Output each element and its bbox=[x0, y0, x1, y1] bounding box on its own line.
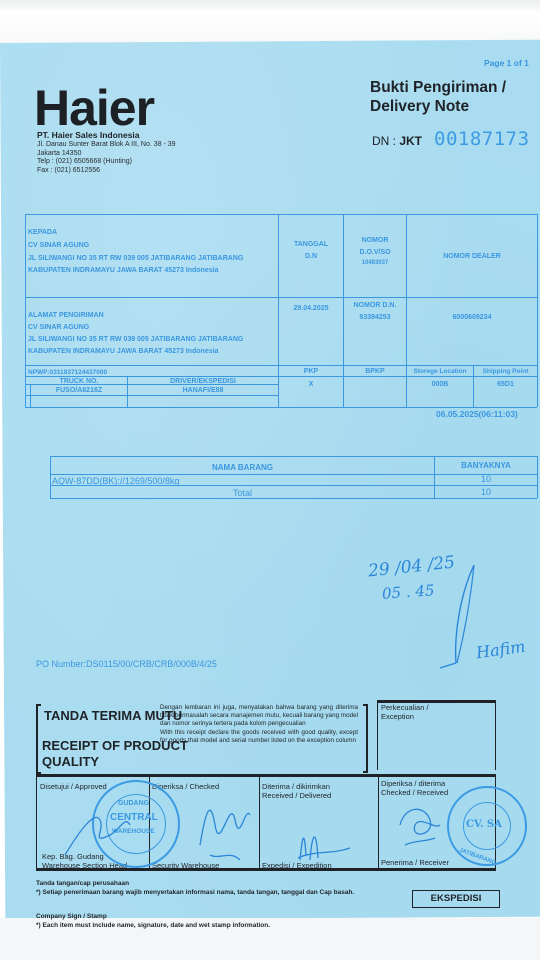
quality-body-id: Dengan lembaran ini juga, menyatakan bah… bbox=[160, 704, 358, 728]
goods-col-name: NAMA BARANG bbox=[51, 463, 434, 472]
pkp-value: X bbox=[279, 380, 343, 389]
driver-label: DRIVER/EKSPEDISI bbox=[128, 377, 278, 386]
address-line: Fax : (021) 6512556 bbox=[37, 167, 176, 176]
exception-label-1: Perkecualian / bbox=[381, 703, 429, 712]
table-border bbox=[50, 498, 537, 499]
title-line-2: Delivery Note bbox=[370, 97, 506, 116]
npwp: NPWP:0311837124437000 bbox=[28, 368, 107, 377]
alamat-address-2: KABUPATEN INDRAMAYU JAWA BARAT 45273 Ind… bbox=[28, 347, 218, 356]
table-border bbox=[25, 365, 537, 366]
exception-label: Perkecualian / Exception bbox=[381, 703, 429, 721]
table-border bbox=[50, 456, 537, 457]
nomor-do-label: D.O.V/SO bbox=[344, 248, 406, 257]
address-line: Jakarta 14350 bbox=[37, 150, 176, 159]
alamat-label: ALAMAT PENGIRIMAN bbox=[28, 311, 104, 320]
nomor-dealer-label: NOMOR DEALER bbox=[407, 252, 537, 261]
receiver-signature bbox=[395, 800, 445, 850]
table-border bbox=[25, 297, 537, 298]
left-bracket bbox=[36, 704, 41, 774]
title-line-1: Bukti Pengiriman / bbox=[370, 78, 506, 97]
po-number: PO Number:DS0115/00/CRB/CRB/000B/4/25 bbox=[36, 659, 217, 669]
shipping-point-label: Shipping Point bbox=[474, 367, 537, 376]
dn-label-text: DN : bbox=[372, 134, 399, 148]
scan-top-margin bbox=[0, 0, 540, 44]
nomor-dealer-value: 6000609234 bbox=[407, 313, 537, 322]
alamat-name: CV SINAR AGUNG bbox=[28, 323, 89, 332]
table-border bbox=[25, 214, 26, 407]
goods-col-qty: BANYAKNYA bbox=[435, 461, 537, 470]
goods-item-name: AQW-87DD(BK)://1269/500/8kg bbox=[52, 476, 179, 486]
print-timestamp: 06.05.2025(06:11:03) bbox=[436, 409, 518, 419]
storage-location-value: 000B bbox=[407, 380, 473, 389]
shipping-point-value: 65D1 bbox=[474, 380, 537, 389]
signature-divider bbox=[36, 777, 37, 868]
dn-number: 00187173 bbox=[434, 128, 530, 150]
tanggal-label-dn: D.N bbox=[279, 252, 343, 261]
copy-label-ekspedisi: EKSPEDISI bbox=[412, 890, 500, 908]
signature-top-label-2: Received / Delivered bbox=[262, 791, 331, 800]
handwritten-time: 05 . 45 bbox=[381, 581, 435, 603]
address-line: Jl. Danau Sunter Barat Blok A III, No. 3… bbox=[37, 141, 176, 150]
table-border bbox=[537, 214, 538, 407]
storage-location-label: Storege Location bbox=[407, 367, 473, 376]
kepada-address-1: JL SILIWANGI NO 35 RT RW 039 005 JATIBAR… bbox=[28, 254, 243, 263]
table-border bbox=[25, 214, 537, 215]
table-border bbox=[25, 407, 537, 408]
quality-body-en: With this receipt declare the goods rece… bbox=[160, 729, 358, 745]
signature-top-label: Diterima / dikirimkan bbox=[262, 782, 330, 791]
footer-id-heading: Tanda tangan/cap perusahaan bbox=[36, 880, 129, 888]
pkp-label: PKP bbox=[279, 367, 343, 376]
tanggal-value: 29.04.2025 bbox=[279, 304, 343, 313]
nomor-do-value: 10493037 bbox=[344, 259, 406, 268]
kepada-address-2: KABUPATEN INDRAMAYU JAWA BARAT 45273 Ind… bbox=[28, 266, 218, 275]
company-name: PT. Haier Sales Indonesia bbox=[37, 130, 140, 140]
table-border bbox=[537, 456, 538, 498]
footer-en-heading: Company Sign / Stamp bbox=[36, 913, 107, 921]
checked-signature bbox=[190, 785, 260, 865]
dn-label: DN : JKT bbox=[372, 134, 422, 148]
driver-value: HANAFI/E88 bbox=[128, 386, 278, 395]
company-address: Jl. Danau Sunter Barat Blok A III, No. 3… bbox=[37, 141, 176, 175]
bpkp-label: BPKP bbox=[344, 367, 406, 376]
truck-label: TRUCK NO. bbox=[31, 377, 127, 386]
cv-stamp-center: CV. SA bbox=[466, 819, 502, 830]
delivered-signature bbox=[290, 820, 360, 865]
nomor-label: NOMOR bbox=[344, 236, 406, 245]
signature-divider bbox=[378, 777, 379, 868]
goods-total-label: Total bbox=[51, 488, 434, 498]
signature-bottom-label: Penerima / Receiver bbox=[381, 858, 449, 867]
signature-top-label: Disetujui / Approved bbox=[40, 782, 107, 791]
tanggal-label: TANGGAL bbox=[279, 240, 343, 249]
table-border bbox=[406, 214, 407, 407]
footer-en-note: *) Each item must include name, signatur… bbox=[36, 922, 270, 930]
approved-signature bbox=[60, 800, 140, 860]
goods-total-qty: 10 bbox=[435, 487, 537, 497]
kepada-label: KEPADA bbox=[28, 228, 57, 237]
footer-id-note: *) Setiap penerimaan barang wajib menyer… bbox=[36, 889, 354, 897]
nomor-dn-label: NOMOR D.N. bbox=[344, 301, 406, 310]
truck-value: FUSO/A8216Z bbox=[31, 386, 127, 395]
right-bracket bbox=[363, 704, 368, 773]
quality-title-en-2: QUALITY bbox=[42, 754, 99, 769]
goods-item-qty: 10 bbox=[435, 474, 537, 484]
signature-top-label-2: Checked / Received bbox=[381, 788, 448, 797]
signature-top-rule bbox=[36, 774, 496, 777]
page-indicator: Page 1 of 1 bbox=[484, 58, 529, 68]
address-line: Telp : (021) 6505668 (Hunting) bbox=[37, 158, 176, 167]
table-border bbox=[25, 395, 278, 396]
haier-logo: Haier bbox=[34, 83, 154, 133]
exception-label-2: Exception bbox=[381, 712, 429, 721]
alamat-address-1: JL SILIWANGI NO 35 RT RW 039 005 JATIBAR… bbox=[28, 335, 243, 344]
nomor-dn-value: 83394253 bbox=[344, 313, 406, 322]
dn-prefix: JKT bbox=[399, 134, 422, 148]
kepada-name: CV SINAR AGUNG bbox=[28, 241, 89, 250]
document-title: Bukti Pengiriman / Delivery Note bbox=[370, 78, 506, 116]
signature-top-label: Diperiksa / diterima bbox=[381, 779, 445, 788]
